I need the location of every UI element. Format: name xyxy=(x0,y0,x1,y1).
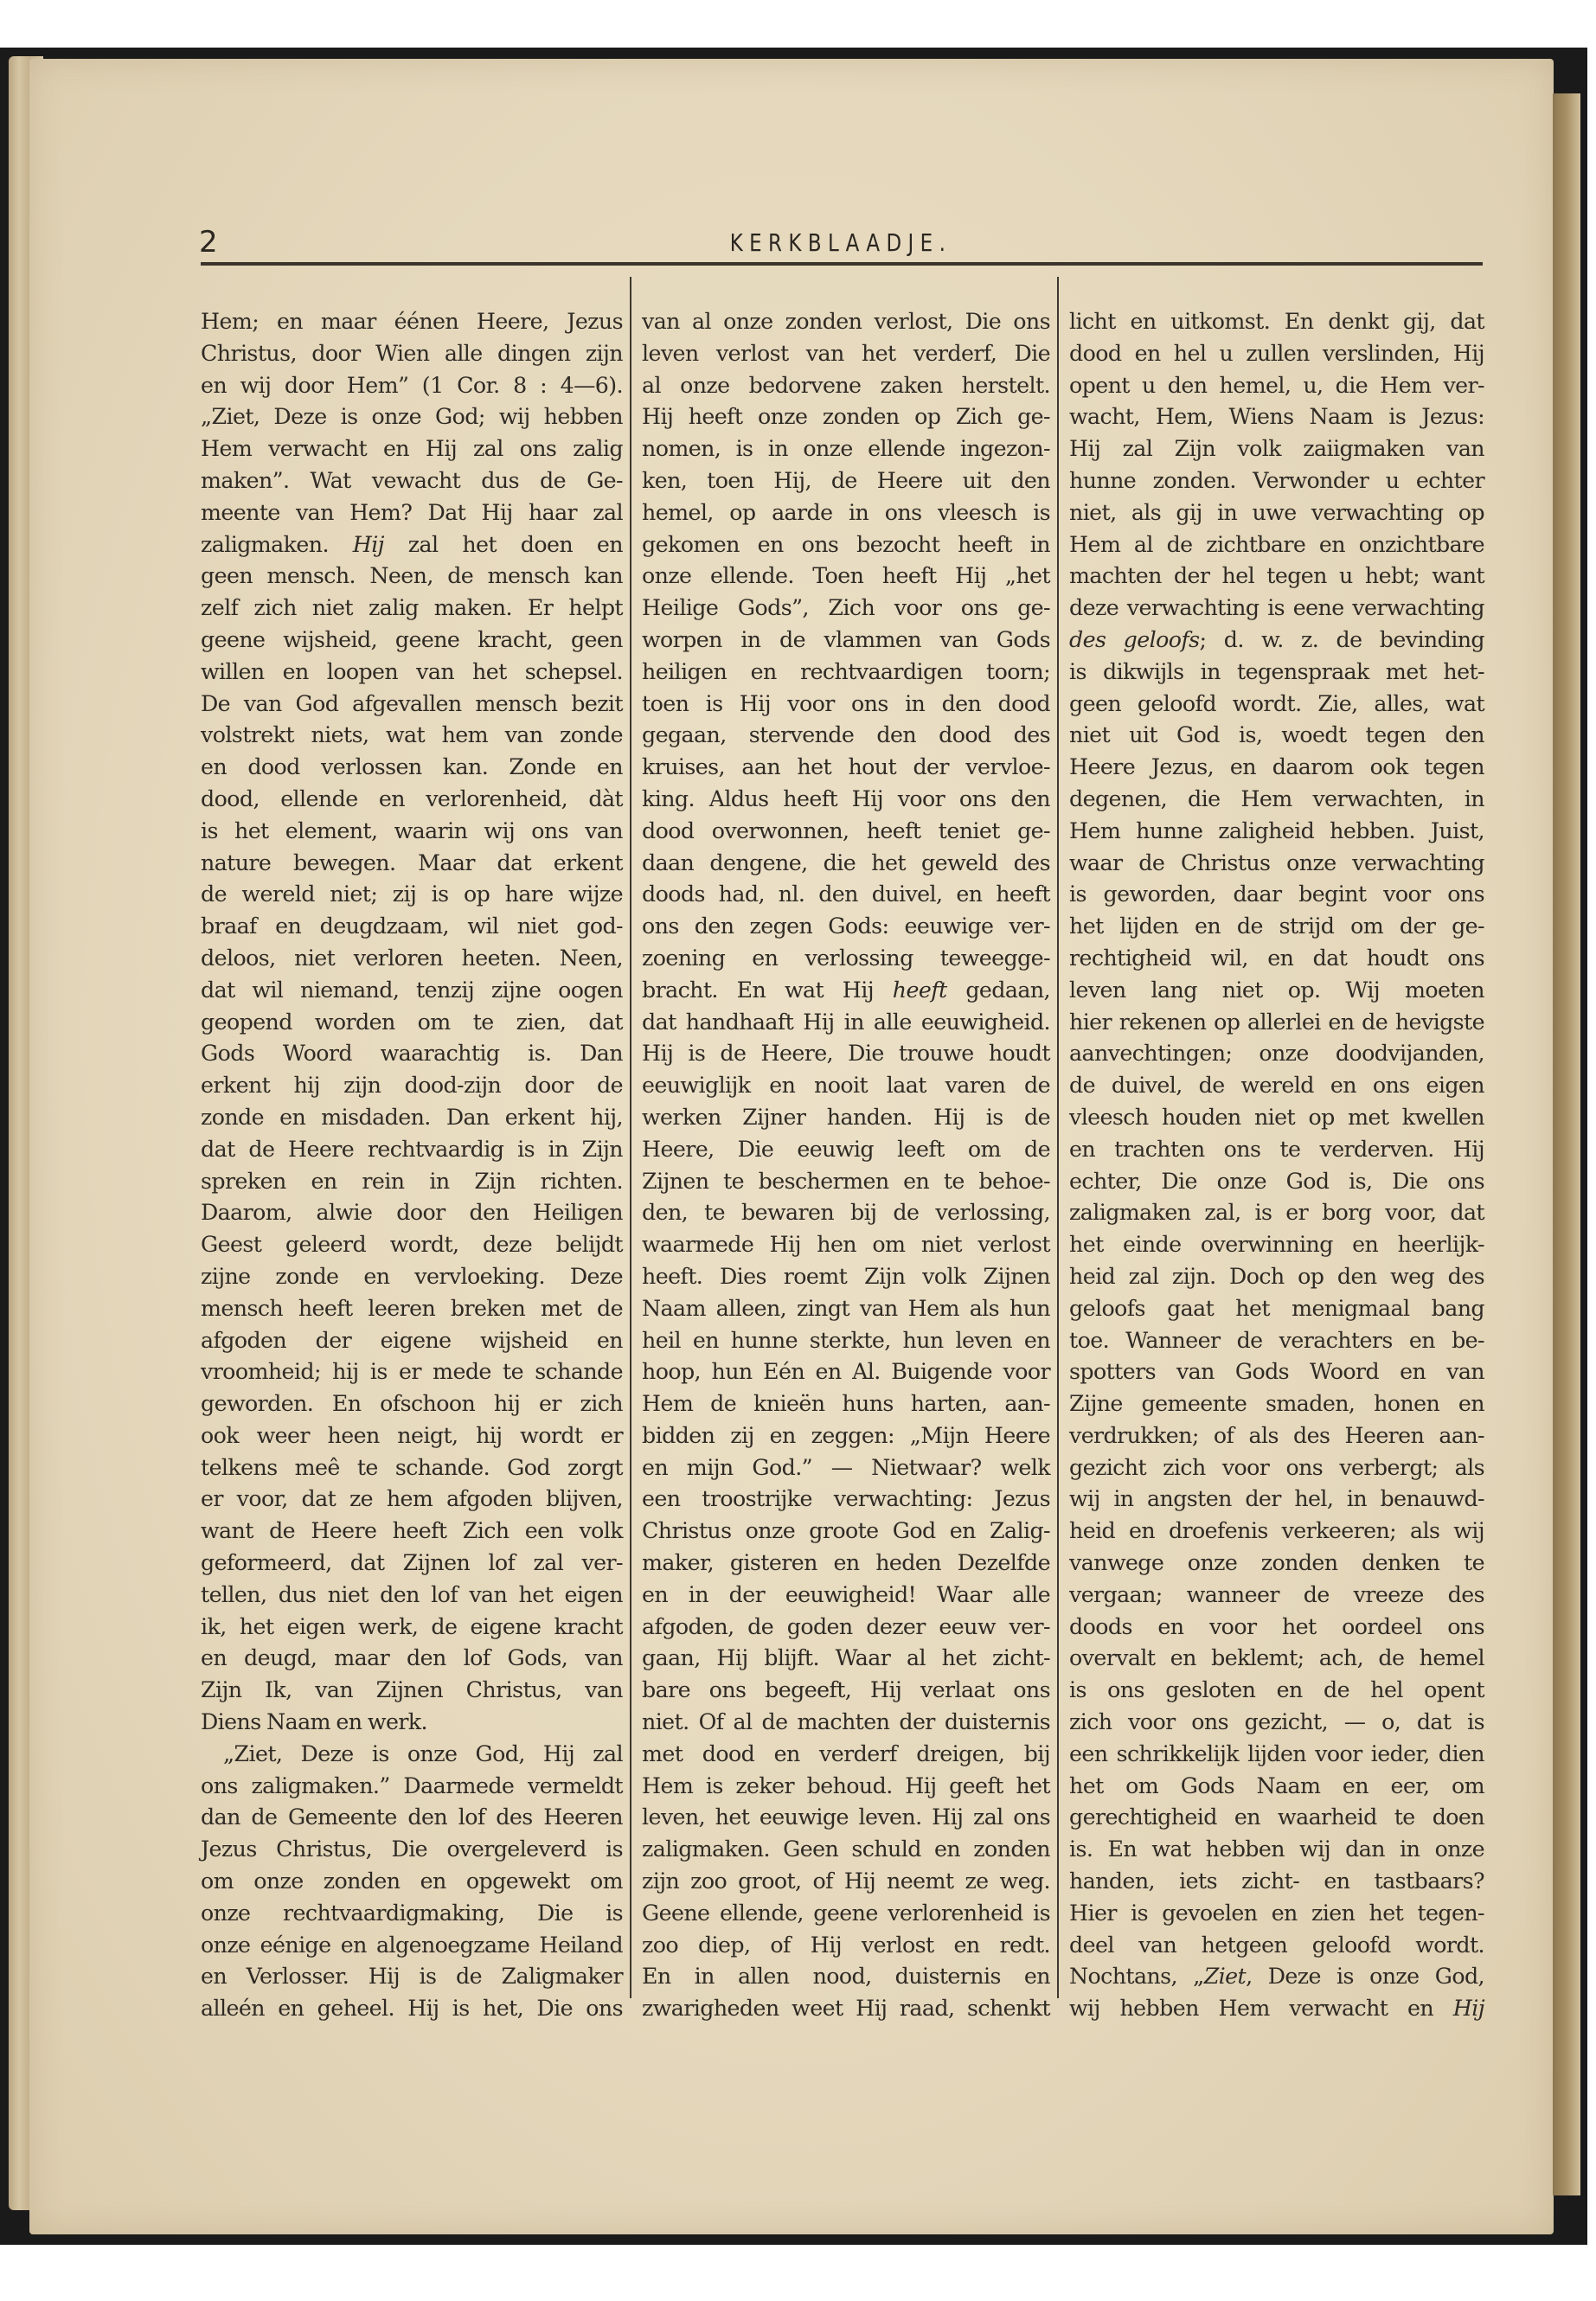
text-line: dood, ellende en verlorenheid, dàt xyxy=(201,784,623,816)
text-line: waar de Christus onze verwachting xyxy=(1069,848,1484,880)
text-line: hier rekenen op allerlei en de hevigste xyxy=(1069,1007,1484,1039)
text-line: Hem; en maar éénen Heere, Jezus xyxy=(201,306,623,338)
text-line: heeft. Dies roemt Zijn volk Zijnen xyxy=(642,1261,1050,1293)
text-line: het om Gods Naam en eer, om xyxy=(1069,1771,1484,1803)
text-line: zaligmaken zal, is er borg voor, dat xyxy=(1069,1197,1484,1229)
text-line: en Verlosser. Hij is de Zaligmaker xyxy=(201,1961,623,1993)
text-line: hunne zonden. Verwonder u echter xyxy=(1069,465,1484,497)
text-line: Hem verwacht en Hij zal ons zalig xyxy=(201,433,623,465)
text-line: afgoden der eigene wijsheid en xyxy=(201,1325,623,1357)
text-line: Hij is de Heere, Die trouwe houdt xyxy=(642,1038,1050,1070)
text-line: zwarigheden weet Hij raad, schenkt xyxy=(642,1993,1050,2025)
text-line: bidden zij en zeggen: „Mijn Heere xyxy=(642,1420,1050,1452)
text-line: geene wijsheid, geene kracht, geen xyxy=(201,625,623,657)
text-line: geformeerd, dat Zijnen lof zal ver- xyxy=(201,1548,623,1580)
text-line: licht en uitkomst. En denkt gij, dat xyxy=(1069,306,1484,338)
text-line: leven lang niet op. Wij moeten xyxy=(1069,975,1484,1007)
text-line: de duivel, de wereld en ons eigen xyxy=(1069,1070,1484,1102)
text-line: zich voor ons gezicht, — o, dat is xyxy=(1069,1707,1484,1739)
text-line: heid en droefenis verkeeren; als wij xyxy=(1069,1516,1484,1548)
text-line: en trachten ons te verderven. Hij xyxy=(1069,1134,1484,1166)
emphasis: Ziet xyxy=(1204,1964,1246,1989)
text-line: ik, het eigen werk, de eigene kracht xyxy=(201,1612,623,1644)
text-line: want de Heere heeft Zich een volk xyxy=(201,1516,623,1548)
text-column-3: licht en uitkomst. En denkt gij, datdood… xyxy=(1057,277,1484,1998)
text-line: overvalt en beklemt; ach, de hemel xyxy=(1069,1643,1484,1675)
text-line: toen is Hij voor ons in den dood xyxy=(642,689,1050,721)
emphasis: des geloofs xyxy=(1069,627,1200,652)
running-title: KERKBLAADJE. xyxy=(315,228,1368,257)
text-line: tellen, dus niet den lof van het eigen xyxy=(201,1580,623,1612)
text-line: is dikwijls in tegenspraak met het- xyxy=(1069,657,1484,689)
text-line: dat wil niemand, tenzij zijne oogen xyxy=(201,975,623,1007)
text-line: heil en hunne sterkte, hun leven en xyxy=(642,1325,1050,1357)
text-line: van al onze zonden verlost, Die ons xyxy=(642,306,1050,338)
text-line: Heere Jezus, en daarom ook tegen xyxy=(1069,752,1484,784)
text-line: is. En wat hebben wij dan in onze xyxy=(1069,1834,1484,1866)
text-line: telkens meê te schande. God zorgt xyxy=(201,1452,623,1484)
text-line: afgoden, de goden dezer eeuw ver- xyxy=(642,1612,1050,1644)
text-line: onze ellende. Toen heeft Hij „het xyxy=(642,561,1050,593)
text-line: geopend worden om te zien, dat xyxy=(201,1007,623,1039)
text-line: niet uit God is, woedt tegen den xyxy=(1069,720,1484,752)
text-line: Hij heeft onze zonden op Zich ge- xyxy=(642,401,1050,433)
header-rule xyxy=(201,262,1483,266)
text-line: werken Zijner handen. Hij is de xyxy=(642,1102,1050,1134)
text-line: Zijn Ik, van Zijnen Christus, van xyxy=(201,1675,623,1707)
text-line: een schrikkelijk lijden voor ieder, dien xyxy=(1069,1739,1484,1771)
text-line: Hier is gevoelen en zien het tegen- xyxy=(1069,1898,1484,1930)
emphasis: Hij xyxy=(353,532,384,557)
text-line: de wereld niet; zij is op hare wijze xyxy=(201,879,623,911)
text-line: dat handhaaft Hij in alle eeuwigheid. xyxy=(642,1007,1050,1039)
text-line: zaligmaken. Hij zal het doen en xyxy=(201,529,623,561)
text-line: maken”. Wat vewacht dus de Ge- xyxy=(201,465,623,497)
text-line: ons zaligmaken.” Daarmede vermeldt xyxy=(201,1771,623,1803)
text-line: erkent hij zijn dood-zijn door de xyxy=(201,1070,623,1102)
text-line: vergaan; wanneer de vreeze des xyxy=(1069,1580,1484,1612)
text-line: vanwege onze zonden denken te xyxy=(1069,1548,1484,1580)
text-line: vleesch houden niet op met kwellen xyxy=(1069,1102,1484,1134)
text-line: Christus onze groote God en Zalig- xyxy=(642,1516,1050,1548)
text-line: eeuwiglijk en nooit laat varen de xyxy=(642,1070,1050,1102)
text-line: en in der eeuwigheid! Waar alle xyxy=(642,1580,1050,1612)
text-line: Zijne gemeente smaden, honen en xyxy=(1069,1388,1484,1420)
text-line: zijn zoo groot, of Hij neemt ze weg. xyxy=(642,1866,1050,1898)
text-line: Diens Naam en werk. xyxy=(201,1707,623,1739)
text-line: Christus, door Wien alle dingen zijn xyxy=(201,338,623,370)
text-line: Hem is zeker behoud. Hij geeft het xyxy=(642,1771,1050,1803)
text-line: Hij zal Zijn volk zaiigmaken van xyxy=(1069,433,1484,465)
text-line: het lijden en de strijd om der ge- xyxy=(1069,911,1484,943)
facing-page-edge xyxy=(1553,93,1580,2195)
text-line: Heere, Die eeuwig leeft om de xyxy=(642,1134,1050,1166)
text-line: doods en voor het oordeel ons xyxy=(1069,1612,1484,1644)
text-line: niet. Of al de machten der duisternis xyxy=(642,1707,1050,1739)
text-line: deloos, niet verloren heeten. Neen, xyxy=(201,943,623,975)
text-line: deel van hetgeen geloofd wordt. xyxy=(1069,1930,1484,1962)
text-line: er voor, dat ze hem afgoden blijven, xyxy=(201,1484,623,1516)
text-line: rechtigheid wil, en dat houdt ons xyxy=(1069,943,1484,975)
text-line: bare ons begeeft, Hij verlaat ons xyxy=(642,1675,1050,1707)
text-line: Geene ellende, geene verlorenheid is xyxy=(642,1898,1050,1930)
text-line: gerechtigheid en waarheid te doen xyxy=(1069,1802,1484,1834)
text-line: doods had, nl. den duivel, en heeft xyxy=(642,879,1050,911)
text-line: en wij door Hem” (1 Cor. 8 : 4—6). xyxy=(201,370,623,402)
text-line: geen geloofd wordt. Zie, alles, wat xyxy=(1069,689,1484,721)
text-line: toe. Wanneer de verachters en be- xyxy=(1069,1325,1484,1357)
text-line: ken, toen Hij, de Heere uit den xyxy=(642,465,1050,497)
text-line: dood en hel u zullen verslinden, Hij xyxy=(1069,338,1484,370)
text-line: geen mensch. Neen, de mensch kan xyxy=(201,561,623,593)
text-line: Heilige Gods”, Zich voor ons ge- xyxy=(642,593,1050,625)
text-line: verdrukken; of als des Heeren aan- xyxy=(1069,1420,1484,1452)
text-line: Geest geleerd wordt, deze belijdt xyxy=(201,1229,623,1261)
text-line: met dood en verderf dreigen, bij xyxy=(642,1739,1050,1771)
text-line: opent u den hemel, u, die Hem ver- xyxy=(1069,370,1484,402)
text-line: zaligmaken. Geen schuld en zonden xyxy=(642,1834,1050,1866)
text-line: het einde overwinning en heerlijk- xyxy=(1069,1229,1484,1261)
page-header: 2 KERKBLAADJE. xyxy=(199,216,1483,268)
text-line: machten der hel tegen u hebt; want xyxy=(1069,561,1484,593)
text-line: volstrekt niets, wat hem van zonde xyxy=(201,720,623,752)
text-line: „Ziet, Deze is onze God; wij hebben xyxy=(201,401,623,433)
text-line: al onze bedorvene zaken herstelt. xyxy=(642,370,1050,402)
text-line: De van God afgevallen mensch bezit xyxy=(201,689,623,721)
text-line: des geloofs; d. w. z. de bevinding xyxy=(1069,625,1484,657)
text-line: is ons gesloten en de hel opent xyxy=(1069,1675,1484,1707)
text-line: wacht, Hem, Wiens Naam is Jezus: xyxy=(1069,401,1484,433)
article-body: Hem; en maar éénen Heere, JezusChristus,… xyxy=(201,277,1484,2050)
text-line: is geworden, daar begint voor ons xyxy=(1069,879,1484,911)
text-line: heiligen en rechtvaardigen toorn; xyxy=(642,657,1050,689)
text-line: hemel, op aarde in ons vleesch is xyxy=(642,497,1050,529)
text-line: handen, iets zicht- en tastbaars? xyxy=(1069,1866,1484,1898)
text-line: Hem de knieën huns harten, aan- xyxy=(642,1388,1050,1420)
text-line: Jezus Christus, Die overgeleverd is xyxy=(201,1834,623,1866)
text-line: een troostrijke verwachting: Jezus xyxy=(642,1484,1050,1516)
text-line: king. Aldus heeft Hij voor ons den xyxy=(642,784,1050,816)
text-line: gekomen en ons bezocht heeft in xyxy=(642,529,1050,561)
text-line: „Ziet, Deze is onze God, Hij zal xyxy=(201,1739,623,1771)
text-line: braaf en deugdzaam, wil niet god- xyxy=(201,911,623,943)
text-line: gezicht zich voor ons verbergt; als xyxy=(1069,1452,1484,1484)
text-line: gegaan, stervende den dood des xyxy=(642,720,1050,752)
text-line: onze eénige en algenoegzame Heiland xyxy=(201,1930,623,1962)
text-line: nomen, is in onze ellende ingezon- xyxy=(642,433,1050,465)
text-line: is het element, waarin wij ons van xyxy=(201,816,623,848)
text-line: vroomheid; hij is er mede te schande xyxy=(201,1356,623,1388)
text-line: daan dengene, die het geweld des xyxy=(642,848,1050,880)
text-line: meente van Hem? Dat Hij haar zal xyxy=(201,497,623,529)
text-line: ons den zegen Gods: eeuwige ver- xyxy=(642,911,1050,943)
text-line: En in allen nood, duisternis en xyxy=(642,1961,1050,1993)
text-line: zonde en misdaden. Dan erkent hij, xyxy=(201,1102,623,1134)
text-line: dan de Gemeente den lof des Heeren xyxy=(201,1802,623,1834)
text-line: worpen in de vlammen van Gods xyxy=(642,625,1050,657)
text-line: Daarom, alwie door den Heiligen xyxy=(201,1197,623,1229)
text-column-2: van al onze zonden verlost, Die onsleven… xyxy=(630,277,1057,1998)
text-line: kruises, aan het hout der vervloe- xyxy=(642,752,1050,784)
text-line: spotters van Gods Woord en van xyxy=(1069,1356,1484,1388)
text-line: zoo diep, of Hij verlost en redt. xyxy=(642,1930,1050,1962)
text-line: onze rechtvaardigmaking, Die is xyxy=(201,1898,623,1930)
text-line: alleén en geheel. Hij is het, Die ons xyxy=(201,1993,623,2025)
page-number: 2 xyxy=(199,225,218,260)
text-line: om onze zonden en opgewekt om xyxy=(201,1866,623,1898)
text-line: spreken en rein in Zijn richten. xyxy=(201,1166,623,1198)
text-line: zijne zonde en vervloeking. Deze xyxy=(201,1261,623,1293)
text-line: mensch heeft leeren breken met de xyxy=(201,1293,623,1325)
text-line: Gods Woord waarachtig is. Dan xyxy=(201,1038,623,1070)
text-line: deze verwachting is eene verwachting xyxy=(1069,593,1484,625)
text-line: hoop, hun Eén en Al. Buigende voor xyxy=(642,1356,1050,1388)
text-line: Naam alleen, zingt van Hem als hun xyxy=(642,1293,1050,1325)
text-line: heid zal zijn. Doch op den weg des xyxy=(1069,1261,1484,1293)
text-line: leven verlost van het verderf, Die xyxy=(642,338,1050,370)
text-line: en dood verlossen kan. Zonde en xyxy=(201,752,623,784)
text-line: gaan, Hij blijft. Waar al het zicht- xyxy=(642,1643,1050,1675)
text-line: echter, Die onze God is, Die ons xyxy=(1069,1166,1484,1198)
text-line: wij in angsten der hel, in benauwd- xyxy=(1069,1484,1484,1516)
text-line: zoening en verlossing teweegge- xyxy=(642,943,1050,975)
text-line: Hem hunne zaligheid hebben. Juist, xyxy=(1069,816,1484,848)
text-line: niet, als gij in uwe verwachting op xyxy=(1069,497,1484,529)
text-line: en mijn God.” — Nietwaar? welk xyxy=(642,1452,1050,1484)
text-line: willen en loopen van het schepsel. xyxy=(201,657,623,689)
text-line: bracht. En wat Hij heeft gedaan, xyxy=(642,975,1050,1007)
text-line: en deugd, maar den lof Gods, van xyxy=(201,1643,623,1675)
text-line: nature bewegen. Maar dat erkent xyxy=(201,848,623,880)
text-line: wij hebben Hem verwacht en Hij xyxy=(1069,1993,1484,2025)
text-line: dat de Heere rechtvaardig is in Zijn xyxy=(201,1134,623,1166)
text-line: Hem al de zichtbare en onzichtbare xyxy=(1069,529,1484,561)
text-line: Zijnen te beschermen en te behoe- xyxy=(642,1166,1050,1198)
text-column-1: Hem; en maar éénen Heere, JezusChristus,… xyxy=(201,277,630,2050)
text-line: dood overwonnen, heeft teniet ge- xyxy=(642,816,1050,848)
text-line: geloofs gaat het menigmaal bang xyxy=(1069,1293,1484,1325)
text-line: leven, het eeuwige leven. Hij zal ons xyxy=(642,1802,1050,1834)
emphasis: Hij xyxy=(1453,1996,1484,2021)
text-line: zelf zich niet zalig maken. Er helpt xyxy=(201,593,623,625)
text-line: waarmede Hij hen om niet verlost xyxy=(642,1229,1050,1261)
text-line: aanvechtingen; onze doodvijanden, xyxy=(1069,1038,1484,1070)
text-line: maker, gisteren en heden Dezelfde xyxy=(642,1548,1050,1580)
emphasis: heeft xyxy=(893,977,947,1003)
text-line: geworden. En ofschoon hij er zich xyxy=(201,1388,623,1420)
text-line: degenen, die Hem verwachten, in xyxy=(1069,784,1484,816)
text-line: Nochtans, „Ziet, Deze is onze God, xyxy=(1069,1961,1484,1993)
text-line: den, te bewaren bij de verlossing, xyxy=(642,1197,1050,1229)
text-line: ook weer heen neigt, hij wordt er xyxy=(201,1420,623,1452)
